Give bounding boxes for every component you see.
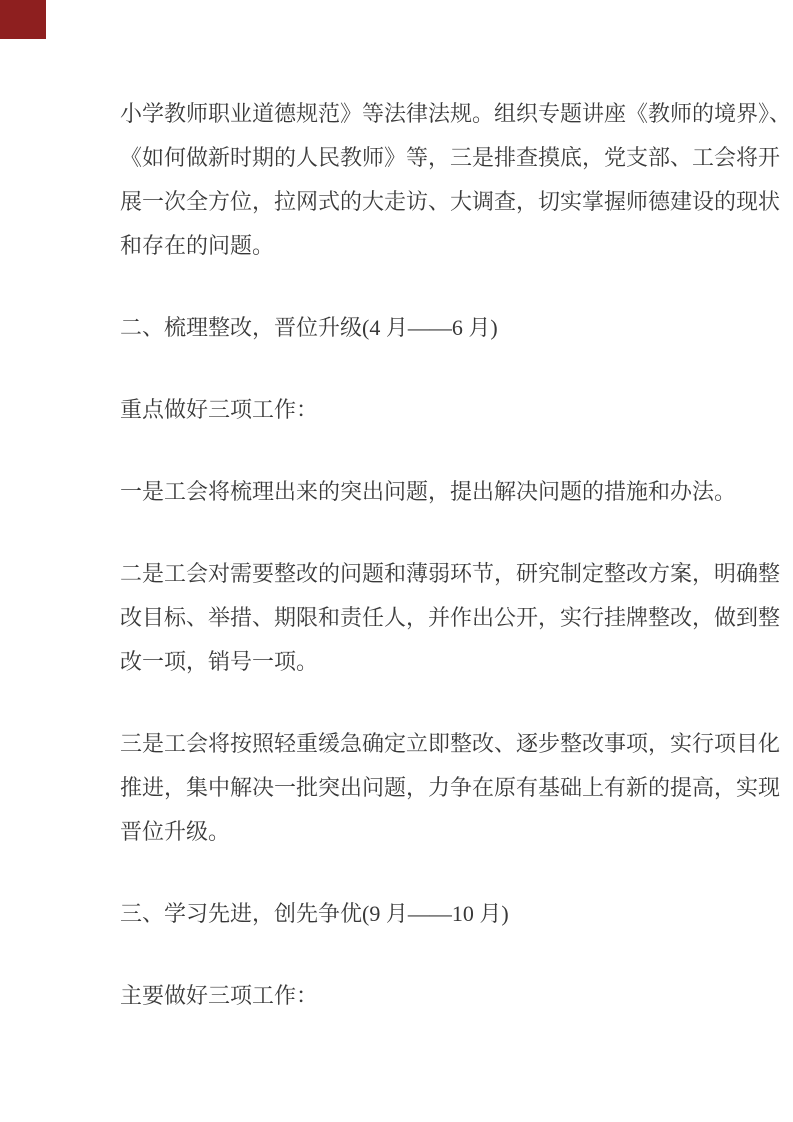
corner-red-block	[0, 0, 46, 39]
paragraph: 重点做好三项工作：	[120, 388, 676, 432]
text-line: 晋位升级。	[120, 810, 676, 854]
document-content: 小学教师职业道德规范》等法律法规。组织专题讲座《教师的境界》、《如何做新时期的人…	[120, 92, 676, 1018]
text-line: 和存在的问题。	[120, 224, 676, 268]
text-line: 《如何做新时期的人民教师》等，三是排查摸底，党支部、工会将开	[120, 136, 676, 180]
text-line: 推进，集中解决一批突出问题，力争在原有基础上有新的提高，实现	[120, 766, 676, 810]
paragraph: 一是工会将梳理出来的突出问题，提出解决问题的措施和办法。	[120, 470, 676, 514]
text-line: 三是工会将按照轻重缓急确定立即整改、逐步整改事项，实行项目化	[120, 722, 676, 766]
text-line: 重点做好三项工作：	[120, 388, 676, 432]
text-line: 三、学习先进，创先争优(9 月——10 月)	[120, 892, 676, 936]
document-page: 小学教师职业道德规范》等法律法规。组织专题讲座《教师的境界》、《如何做新时期的人…	[0, 0, 793, 1122]
text-line: 展一次全方位，拉网式的大走访、大调查，切实掌握师德建设的现状	[120, 180, 676, 224]
section-heading: 二、梳理整改，晋位升级(4 月——6 月)	[120, 306, 676, 350]
paragraph: 三是工会将按照轻重缓急确定立即整改、逐步整改事项，实行项目化推进，集中解决一批突…	[120, 722, 676, 854]
text-line: 改一项，销号一项。	[120, 640, 676, 684]
text-line: 二是工会对需要整改的问题和薄弱环节，研究制定整改方案，明确整	[120, 552, 676, 596]
text-line: 一是工会将梳理出来的突出问题，提出解决问题的措施和办法。	[120, 470, 676, 514]
paragraph: 小学教师职业道德规范》等法律法规。组织专题讲座《教师的境界》、《如何做新时期的人…	[120, 92, 676, 268]
text-line: 改目标、举措、期限和责任人，并作出公开，实行挂牌整改，做到整	[120, 596, 676, 640]
paragraph: 主要做好三项工作：	[120, 974, 676, 1018]
text-line: 主要做好三项工作：	[120, 974, 676, 1018]
section-heading: 三、学习先进，创先争优(9 月——10 月)	[120, 892, 676, 936]
text-line: 小学教师职业道德规范》等法律法规。组织专题讲座《教师的境界》、	[120, 92, 676, 136]
text-line: 二、梳理整改，晋位升级(4 月——6 月)	[120, 306, 676, 350]
paragraph: 二是工会对需要整改的问题和薄弱环节，研究制定整改方案，明确整改目标、举措、期限和…	[120, 552, 676, 684]
